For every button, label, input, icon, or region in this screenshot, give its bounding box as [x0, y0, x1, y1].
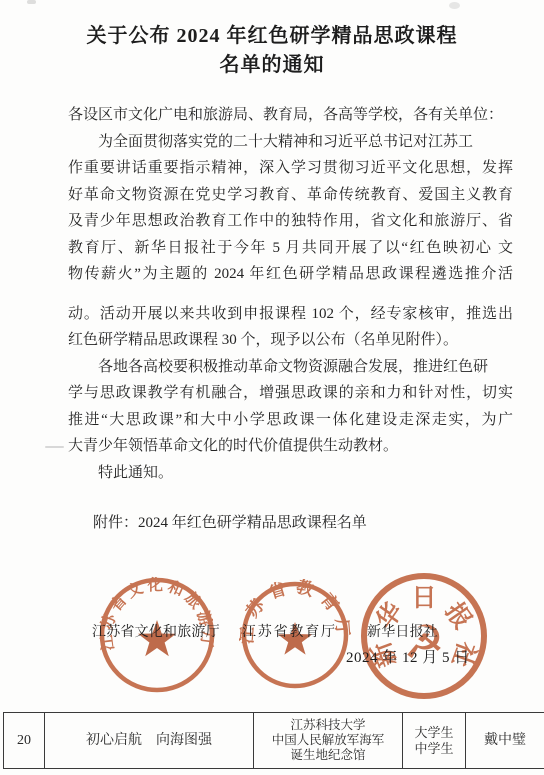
- signature-org-education: 江苏省教育厅: [242, 621, 337, 641]
- attachment-line: 附件：2024 年红色研学精品思政课程名单: [68, 510, 513, 537]
- table-cell-audience: 大学生 中学生: [403, 713, 466, 768]
- table-row: 20 初心启航 向海图强 江苏科技大学 中国人民解放军海军 诞生地纪念馆 大学生…: [3, 712, 544, 769]
- signature-org-xinhua: 新华日报社: [367, 621, 438, 641]
- org-line: 诞生地纪念馆: [290, 748, 365, 763]
- notice-body: 各设区市文化广电和旅游局、教育局，各高等学校，各有关单位： 为全面贯彻落实党的二…: [68, 102, 513, 537]
- org-line: 江苏科技大学: [290, 718, 365, 733]
- org-line: 中国人民解放军海军: [272, 733, 385, 748]
- body-line: 作重要讲话重要指示精神，深入学习贯彻习近平文化思想，发挥: [68, 155, 513, 182]
- body-line: 为全面贯彻落实党的二十大精神和习近平总书记对江苏工: [68, 129, 513, 156]
- scan-artifact: [27, 0, 36, 4]
- body-line: 学与思政课教学有机融合，增强思政课的亲和力和针对性，切实: [68, 380, 513, 407]
- body-line-closing: 特此通知。: [68, 460, 513, 487]
- signature-date: 2024 年 12 月 5 日: [346, 646, 470, 667]
- body-line: 各地各高校要积极推动革命文物资源融合发展，推进红色研: [68, 354, 513, 381]
- scan-artifact: [449, 2, 460, 9]
- audience-line: 中学生: [414, 741, 453, 757]
- body-line: 推进“大思政课”和大中小学思政课一体化建设走深走实，为广: [68, 407, 513, 434]
- table-cell-organization: 江苏科技大学 中国人民解放军海军 诞生地纪念馆: [254, 713, 403, 768]
- scan-artifact: [45, 446, 64, 448]
- table-cell-number: 20: [4, 713, 45, 768]
- body-line: 教育厅、新华日报社于今年 5 月共同开展了以“红色映初心 文: [68, 235, 513, 262]
- signature-org-culture-tourism: 江苏省文化和旅游厅: [92, 621, 220, 641]
- page-title: 关于公布 2024 年红色研学精品思政课程 名单的通知: [0, 22, 544, 80]
- body-line: 物传薪火”为主题的 2024 年红色研学精品思政课程遴选推介活: [68, 261, 513, 288]
- seal-char: 日: [411, 585, 436, 612]
- body-line: 及青少年思想政治教育工作中的独特作用，省文化和旅游厅、省: [68, 208, 513, 235]
- body-line: 红色研学精品思政课程 30 个，现予以公布（名单见附件）。: [68, 327, 513, 354]
- page-title-line2: 名单的通知: [0, 51, 544, 80]
- body-line: 好革命文物资源在党史学习教育、革命传统教育、爱国主义教育: [68, 182, 513, 209]
- audience-line: 大学生: [414, 725, 453, 741]
- body-line: 动。活动开展以来共收到申报课程 102 个，经专家核审，推选出: [68, 301, 513, 328]
- page-title-line1: 关于公布 2024 年红色研学精品思政课程: [0, 22, 544, 51]
- table-cell-instructor: 戴中璧: [466, 713, 544, 768]
- body-line: 大青少年领悟革命文化的时代价值提供生动教材。: [68, 433, 513, 460]
- body-line-salutation: 各设区市文化广电和旅游局、教育局，各高等学校，各有关单位：: [68, 102, 513, 129]
- table-cell-course: 初心启航 向海图强: [45, 713, 254, 768]
- document-page: 关于公布 2024 年红色研学精品思政课程 名单的通知 各设区市文化广电和旅游局…: [0, 0, 544, 775]
